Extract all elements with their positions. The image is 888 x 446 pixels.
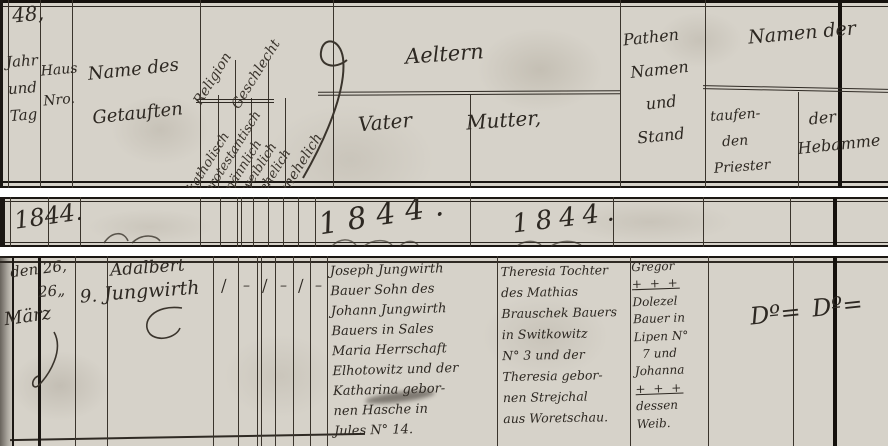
header-band: 48, Jahr und Tag Haus Nro. Name des Geta…: [0, 0, 888, 188]
column-rule: [0, 197, 5, 247]
tally-ehelich: /: [296, 276, 305, 296]
column-rule: [257, 256, 258, 446]
column-rule: [470, 197, 471, 247]
column-header-house: Haus Nro.: [39, 54, 81, 117]
column-rule: [238, 256, 239, 446]
column-rule: [237, 197, 238, 247]
flourish-stroke: [295, 30, 355, 180]
column-header-date: Jahr und Tag: [5, 47, 42, 130]
column-rule: [705, 0, 706, 188]
year-entry-father-col: 1844.: [316, 197, 456, 242]
column-rule: [268, 197, 269, 247]
column-rule: [310, 256, 311, 446]
record-priest-ditto: Dº=: [749, 297, 802, 330]
column-rule: [200, 197, 201, 247]
column-header-mother: Mutter,: [465, 105, 541, 134]
column-rule: [470, 95, 471, 188]
top-border-rule: [0, 0, 888, 3]
column-rule: [315, 197, 316, 247]
flourish-stroke: [138, 304, 188, 344]
header-bottom-rule-2: [0, 186, 888, 188]
record-band: den 26, 26„ März 9. Adalbert Jungwirth /…: [0, 256, 888, 446]
record-midwife-ditto: Dº=: [811, 289, 864, 322]
column-rule: [241, 197, 242, 247]
year-entry-mother-col: 1844.: [511, 197, 623, 240]
column-header-midwife: der Hebamme: [807, 99, 881, 162]
record-house-number: 9.: [79, 285, 98, 307]
tally-weiblich: –: [280, 278, 287, 294]
column-rule: [327, 256, 328, 446]
column-rule: [793, 256, 794, 446]
column-rule: [10, 197, 11, 247]
record-godparents-entry: Gregor + + + Dolezel Bauer in Lipen N° 7…: [631, 257, 709, 433]
tally-unehelich: –: [315, 278, 322, 294]
record-child-name-line2: Jungwirth: [103, 277, 200, 306]
parents-divider-rule-2: [318, 93, 620, 96]
cut-handwriting-fragment: [515, 239, 585, 247]
tally-katholisch: /: [219, 276, 228, 296]
year-entry-date-col: 1844.: [12, 197, 84, 234]
column-rule: [283, 197, 284, 247]
column-header-parents: Aeltern: [404, 39, 484, 68]
header-bottom-rule: [0, 181, 888, 183]
page-edge-rule: [833, 197, 837, 247]
column-header-father: Vater: [357, 108, 413, 137]
column-rule: [275, 256, 276, 446]
column-rule: [790, 197, 791, 247]
record-father-entry: Joseph Jungwirth Bauer Sohn des Johann J…: [330, 258, 503, 442]
baptism-register-scan: 48, Jahr und Tag Haus Nro. Name des Geta…: [0, 0, 888, 446]
column-rule: [703, 197, 704, 247]
cut-handwriting-fragment: [330, 237, 420, 247]
page-number: 48,: [11, 0, 45, 27]
page-edge-rule: [833, 256, 837, 446]
record-child-name-line1: Adalbert: [109, 256, 185, 281]
record-bottom-rule: [10, 433, 365, 441]
column-header-priest: taufen- den Priester: [709, 100, 771, 182]
column-rule: [220, 197, 221, 247]
flourish-stroke: [30, 330, 70, 390]
column-rule: [213, 256, 214, 446]
column-rule: [293, 256, 294, 446]
column-rule: [253, 197, 254, 247]
parents-divider-rule: [318, 90, 620, 93]
cut-handwriting-fragment: [102, 229, 162, 245]
record-mother-entry: Theresia Tochter des Mathias Brauschek B…: [501, 259, 630, 429]
column-rule: [0, 0, 3, 188]
strip-rule-4: [0, 245, 888, 247]
column-header-name: Name des Getauften: [86, 43, 186, 140]
page-gutter-shadow: [0, 256, 14, 446]
year-strip-band: 1844. 1844. 1844.: [0, 197, 888, 247]
column-rule: [298, 197, 299, 247]
column-rule: [630, 256, 631, 446]
tally-protestantisch: –: [243, 278, 250, 294]
record-date-line2: 26„: [37, 281, 65, 301]
record-top-rule: [0, 256, 888, 258]
column-rule: [75, 256, 76, 446]
column-header-sex: Geschlecht: [228, 37, 283, 112]
top-border-rule-2: [0, 6, 888, 7]
column-header-godparents: Pathen Namen und Stand: [621, 17, 697, 155]
